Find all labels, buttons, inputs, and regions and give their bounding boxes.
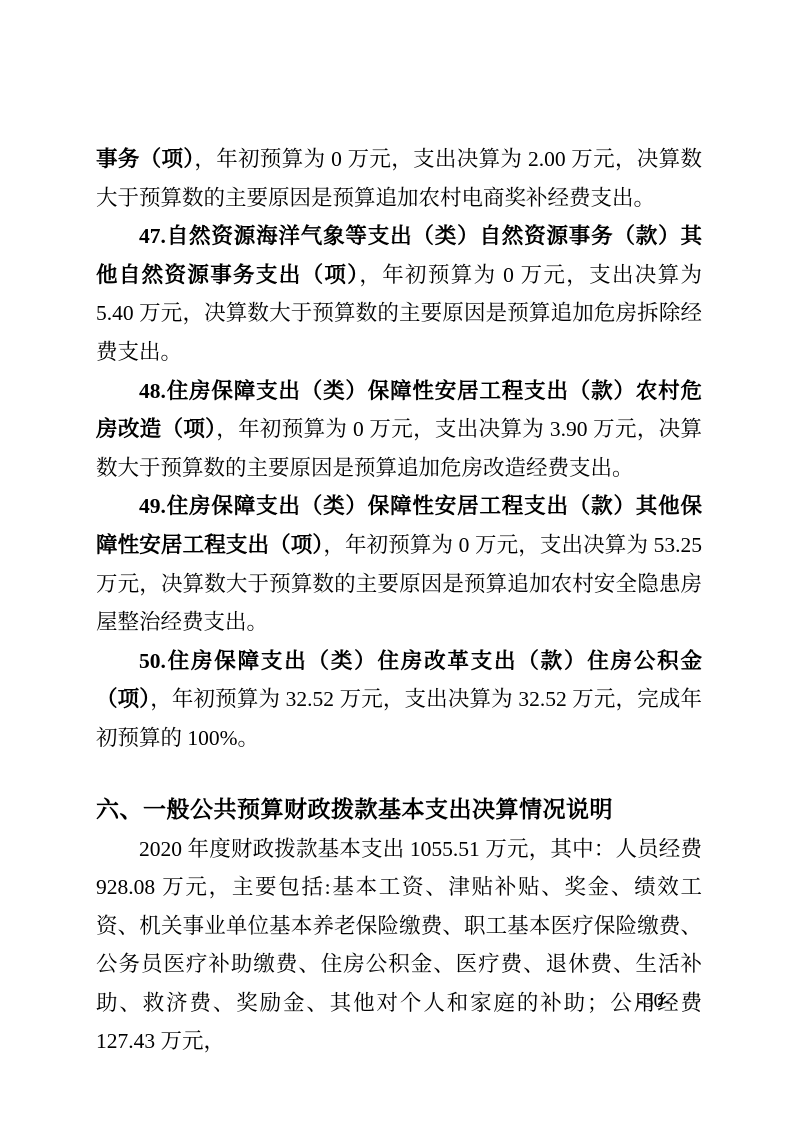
paragraph-item47: 47.自然资源海洋气象等支出（类）自然资源事务（款）其他自然资源事务支出（项），… (96, 217, 702, 371)
paragraph-item48: 48.住房保障支出（类）保障性安居工程支出（款）农村危房改造（项），年初预算为 … (96, 372, 702, 488)
document-page: { "paragraphs": [ { "bold": "事务（项）", "re… (0, 0, 793, 1122)
section-six-body-paragraph: 2020 年度财政拨款基本支出 1055.51 万元，其中：人员经费 928.0… (96, 830, 702, 1062)
paragraph-body-text: ，年初预算为 32.52 万元，支出决算为 32.52 万元，完成年初预算的 1… (96, 687, 702, 750)
section-six-heading: 六、一般公共预算财政拨款基本支出决算情况说明 (96, 789, 702, 829)
paragraph-bold-lead: 事务（项） (96, 147, 194, 171)
paragraph-item50: 50.住房保障支出（类）住房改革支出（款）住房公积金（项），年初预算为 32.5… (96, 642, 702, 758)
page-number: -30- (637, 990, 670, 1012)
document-content: 事务（项），年初预算为 0 万元，支出决算为 2.00 万元，决算数大于预算数的… (96, 140, 702, 1061)
paragraph-item46-continued: 事务（项），年初预算为 0 万元，支出决算为 2.00 万元，决算数大于预算数的… (96, 140, 702, 217)
paragraph-item49: 49.住房保障支出（类）保障性安居工程支出（款）其他保障性安居工程支出（项），年… (96, 487, 702, 641)
